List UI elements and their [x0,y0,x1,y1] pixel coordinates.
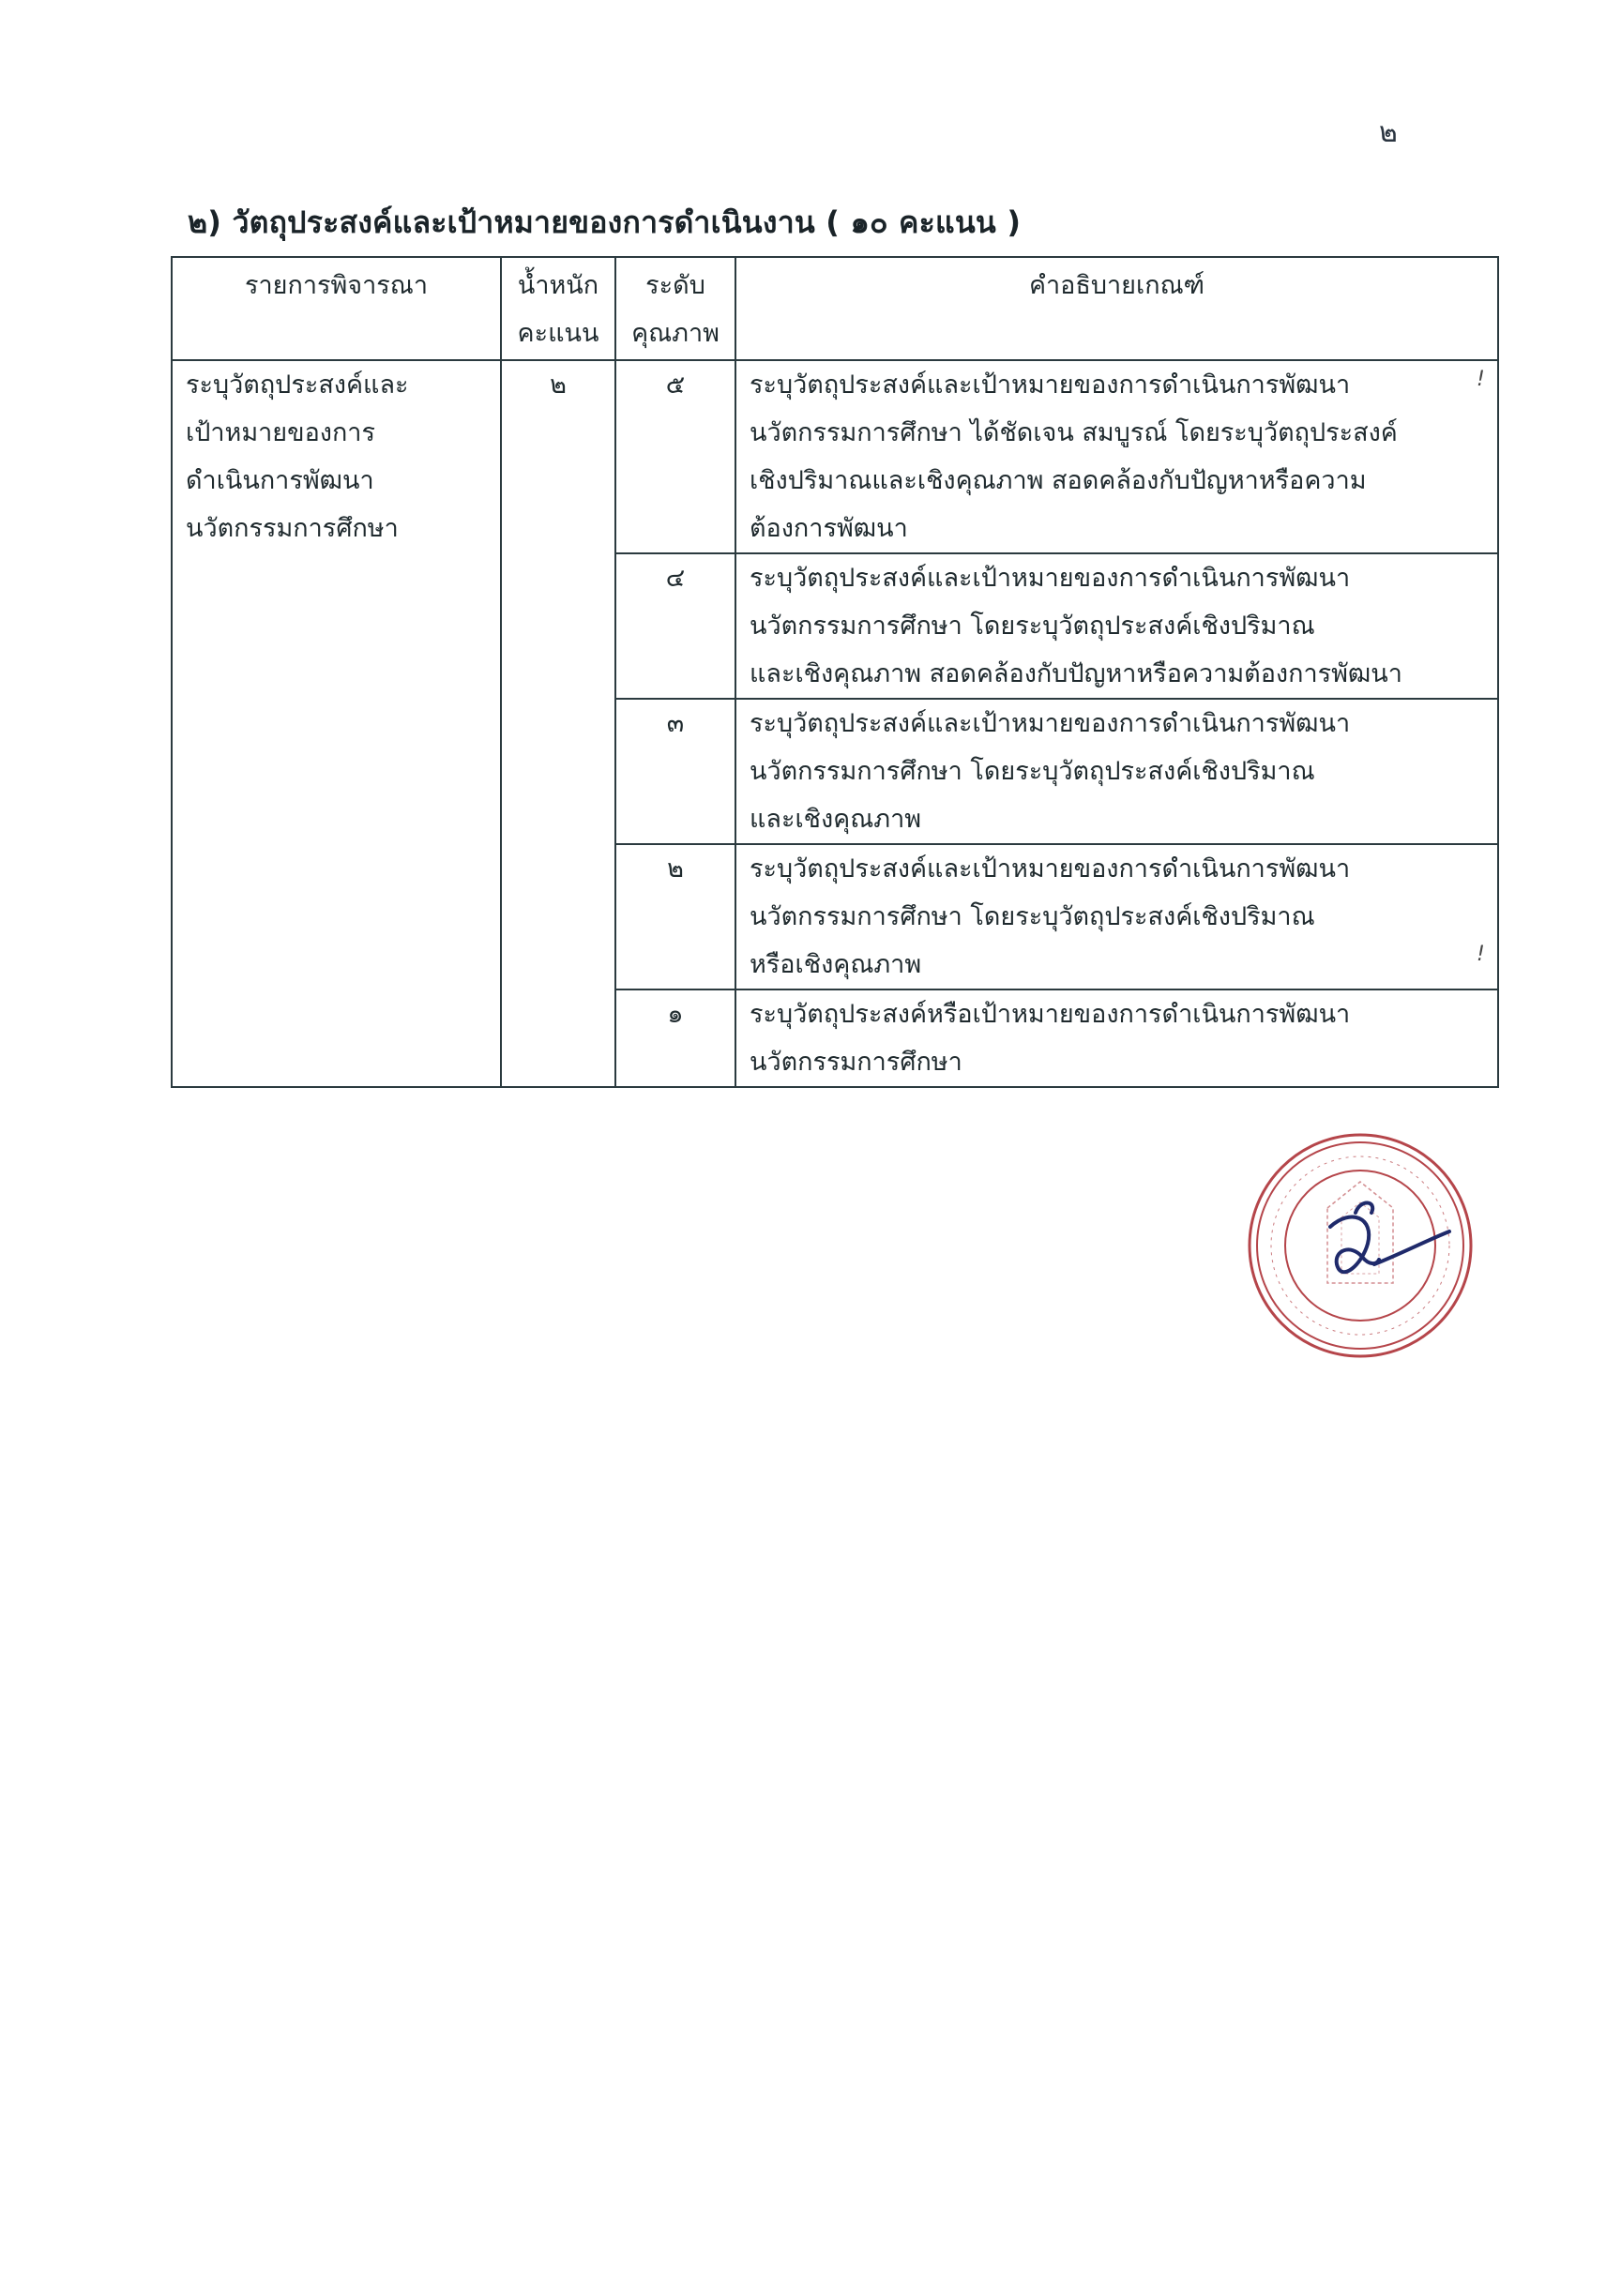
description-cell: ระบุวัตถุประสงค์และเป้าหมายของการดำเนินก… [735,699,1498,844]
level-cell: ๒ [615,844,735,989]
header-description: คำอธิบายเกณฑ์ [735,257,1498,360]
level-cell: ๓ [615,699,735,844]
level-cell: ๔ [615,553,735,699]
margin-tick-mark: ! [1477,943,1485,966]
header-item: รายการพิจารณา [172,257,501,360]
description-cell: ระบุวัตถุประสงค์และเป้าหมายของการดำเนินก… [735,360,1498,553]
level-cell: ๕ [615,360,735,553]
description-cell: ระบุวัตถุประสงค์และเป้าหมายของการดำเนินก… [735,553,1498,699]
description-cell: ระบุวัตถุประสงค์หรือเป้าหมายของการดำเนิน… [735,989,1498,1087]
page-number: ๒ [1379,111,1398,155]
table-header-row: รายการพิจารณา น้ำหนัก คะแนน ระดับ คุณภาพ… [172,257,1498,360]
header-weight: น้ำหนัก คะแนน [501,257,615,360]
level-cell: ๑ [615,989,735,1087]
official-seal [1210,1124,1510,1358]
section-title: ๒) วัตถุประสงค์และเป้าหมายของการดำเนินงา… [188,199,1021,247]
header-level: ระดับ คุณภาพ [615,257,735,360]
table-row: ระบุวัตถุประสงค์และ เป้าหมายของการ ดำเนิ… [172,360,1498,553]
description-cell: ระบุวัตถุประสงค์และเป้าหมายของการดำเนินก… [735,844,1498,989]
criteria-table: รายการพิจารณา น้ำหนัก คะแนน ระดับ คุณภาพ… [171,256,1499,1088]
weight-cell: ๒ [501,360,615,1087]
margin-tick-mark: ! [1477,368,1485,391]
seal-icon [1210,1124,1510,1358]
item-cell: ระบุวัตถุประสงค์และ เป้าหมายของการ ดำเนิ… [172,360,501,1087]
